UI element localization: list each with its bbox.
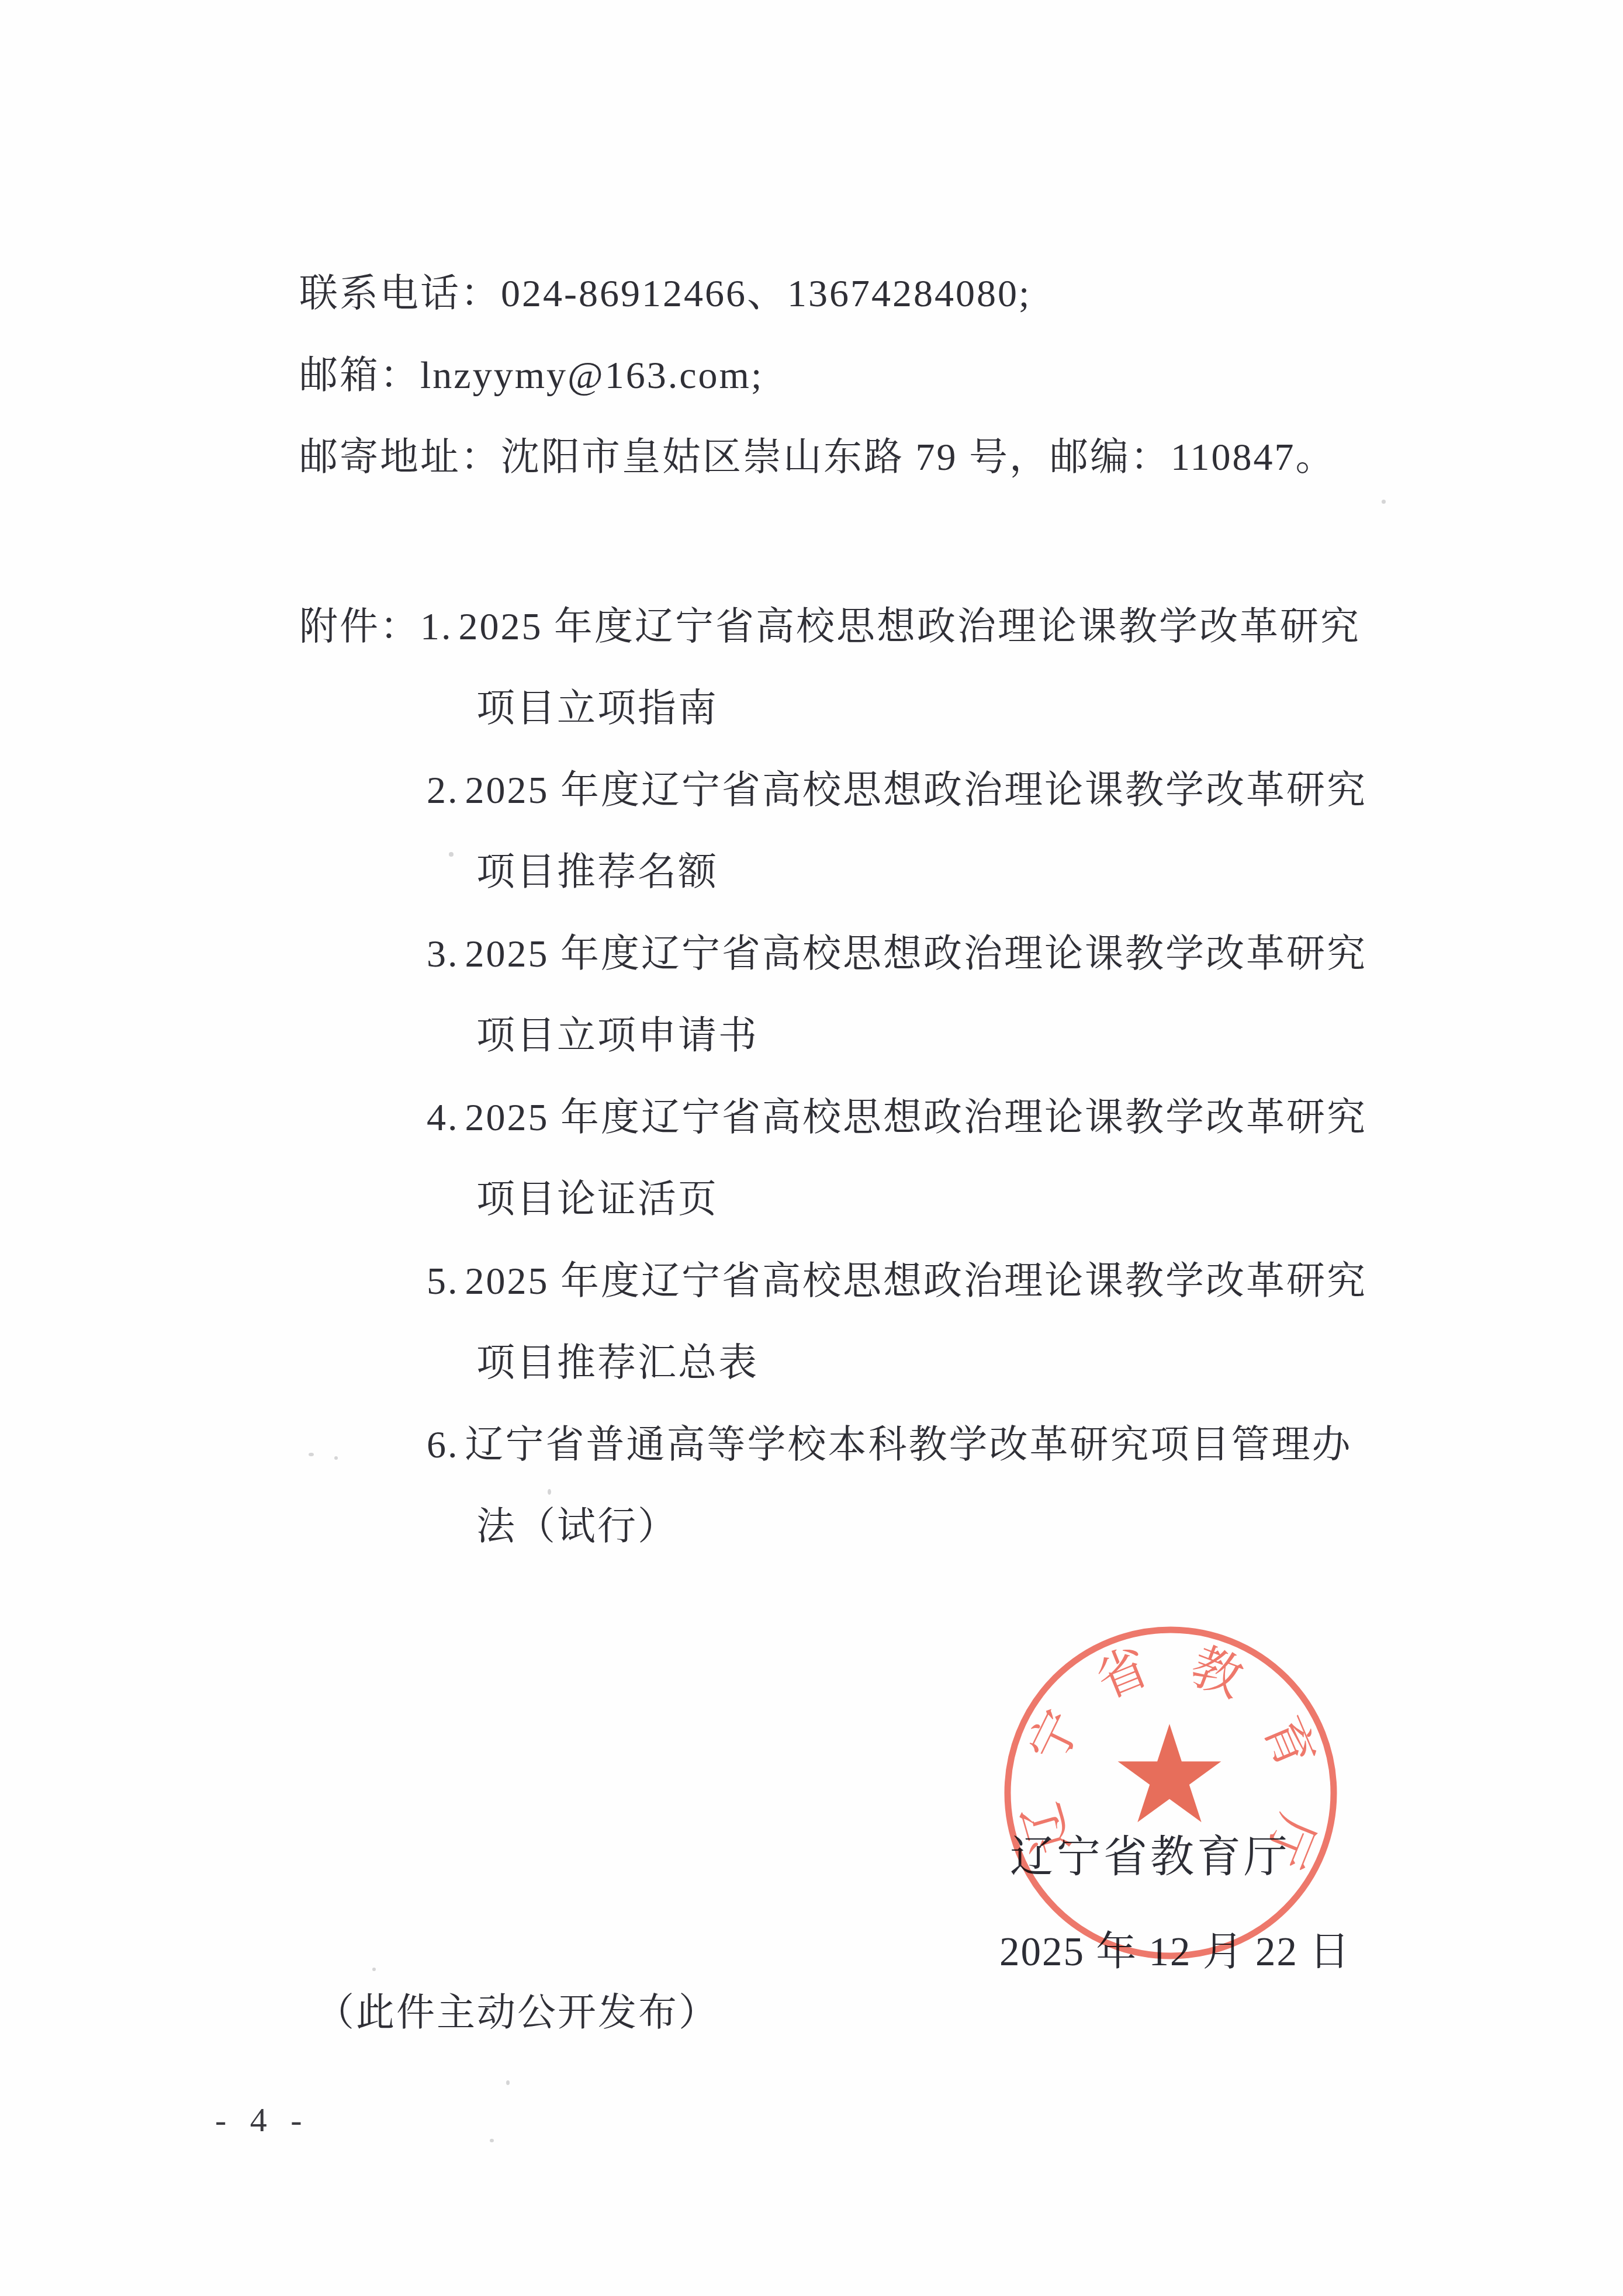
attachment-item-2-line-1: 2.2025 年度辽宁省高校思想政治理论课教学改革研究	[427, 759, 1367, 814]
attachment-item-3-title: 2025 年度辽宁省高校思想政治理论课教学改革研究	[465, 933, 1368, 975]
page-number: - 4 -	[215, 2100, 306, 2139]
attachment-item-5-number: 5.	[427, 1259, 459, 1304]
attachment-item-4-title: 2025 年度辽宁省高校思想政治理论课教学改革研究	[465, 1096, 1368, 1139]
attachment-item-6-line-1: 6.辽宁省普通高等学校本科教学改革研究项目管理办	[427, 1413, 1352, 1469]
scan-speck	[490, 2139, 494, 2142]
official-seal: 辽 宁 省 教 育 厅	[1001, 1623, 1340, 1962]
contact-email-line: 邮箱：lnzyymy@163.com;	[299, 344, 763, 399]
scan-speck	[372, 1968, 376, 1971]
document-page: 联系电话：024-86912466、13674284080; 邮箱：lnzyym…	[0, 0, 1623, 2296]
attachment-item-6-title: 辽宁省普通高等学校本科教学改革研究项目管理办	[465, 1424, 1352, 1466]
attachment-item-4-line-1: 4.2025 年度辽宁省高校思想政治理论课教学改革研究	[427, 1086, 1367, 1141]
seal-star-icon	[1118, 1724, 1221, 1822]
scan-speck	[506, 2080, 510, 2085]
attachment-item-3-number: 3.	[427, 932, 459, 976]
attachment-item-1-number: 1.	[420, 605, 453, 649]
scan-speck	[309, 1453, 314, 1456]
attachment-item-2-line-2: 项目推荐名额	[476, 840, 718, 896]
attachment-item-6-number: 6.	[427, 1423, 459, 1467]
scan-speck	[548, 1489, 551, 1495]
attachment-item-1-title: 2025 年度辽宁省高校思想政治理论课教学改革研究	[459, 605, 1361, 648]
attachment-item-1-line-1: 附件：1.2025 年度辽宁省高校思想政治理论课教学改革研究	[299, 595, 1361, 650]
scan-speck	[334, 1456, 338, 1460]
attachment-item-5-title: 2025 年度辽宁省高校思想政治理论课教学改革研究	[465, 1260, 1368, 1303]
attachment-item-6-line-2: 法（试行）	[476, 1495, 678, 1550]
attachment-item-3-line-1: 3.2025 年度辽宁省高校思想政治理论课教学改革研究	[427, 922, 1367, 978]
attachment-item-1-line-2: 项目立项指南	[476, 677, 718, 732]
attachment-item-4-number: 4.	[427, 1096, 459, 1140]
seal-arc-char: 辽	[1013, 1796, 1081, 1860]
disclosure-note: （此件主动公开发布）	[316, 1981, 719, 2037]
scan-speck	[449, 852, 454, 857]
attachment-item-5-line-2: 项目推荐汇总表	[476, 1331, 759, 1387]
attachment-item-3-line-2: 项目立项申请书	[476, 1004, 759, 1059]
attachment-item-2-number: 2.	[427, 768, 459, 813]
attachment-item-2-title: 2025 年度辽宁省高校思想政治理论课教学改革研究	[465, 769, 1368, 812]
attachment-item-4-line-2: 项目论证活页	[476, 1168, 718, 1223]
contact-phone-line: 联系电话：024-86912466、13674284080;	[299, 262, 1031, 317]
attachments-label: 附件：	[299, 605, 420, 648]
attachment-item-5-line-1: 5.2025 年度辽宁省高校思想政治理论课教学改革研究	[427, 1249, 1367, 1305]
contact-address-line: 邮寄地址：沈阳市皇姑区崇山东路 79 号，邮编：110847。	[299, 425, 1336, 481]
scan-speck	[1382, 500, 1386, 504]
